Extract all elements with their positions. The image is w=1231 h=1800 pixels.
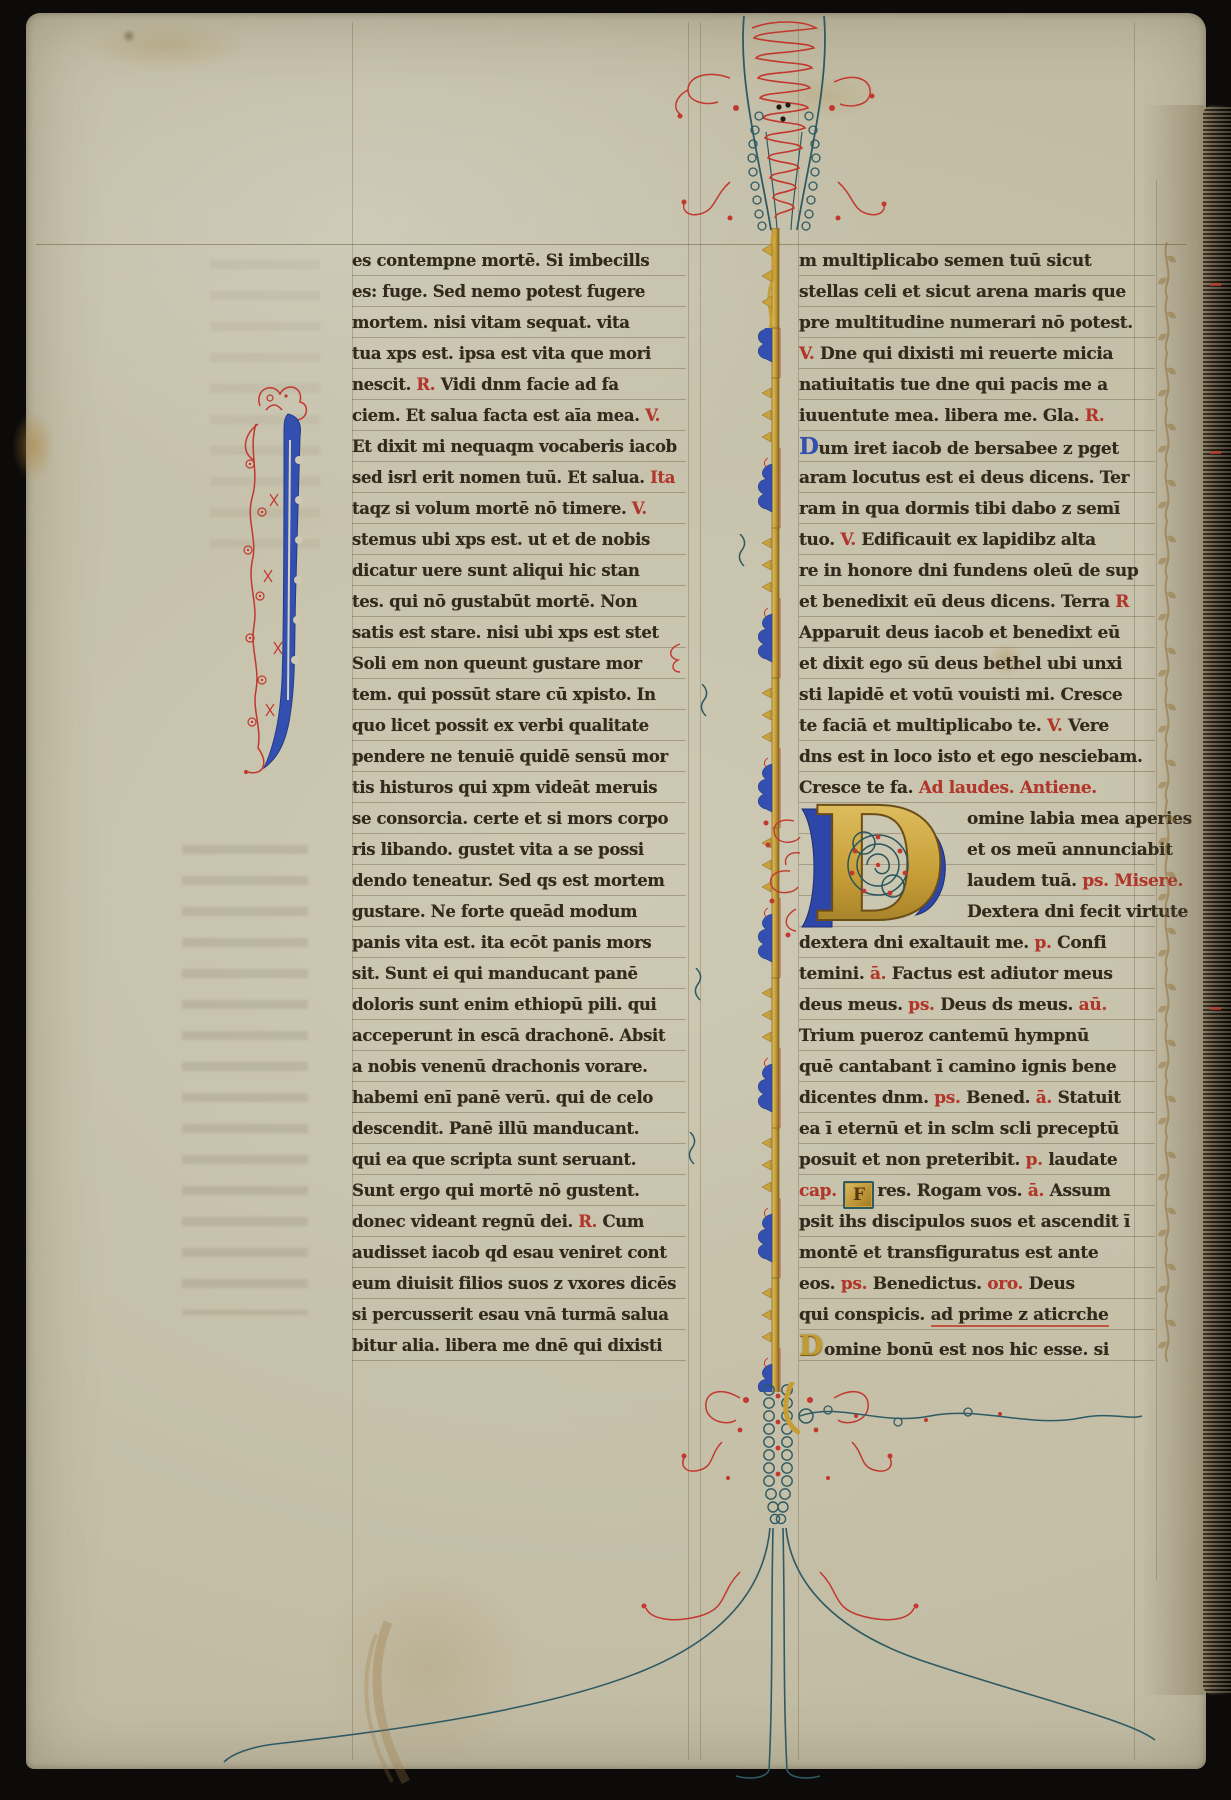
text-line: Cresce te fa. Ad laudes. Antiene.	[799, 773, 1155, 804]
text-line: tis histuros qui xpm videāt meruis	[352, 773, 686, 804]
stain	[764, 73, 884, 119]
text-line: panis vita est. ita ecōt panis mors	[352, 928, 686, 959]
body-text: eum diuisit filios suos z vxores dicēs	[352, 1274, 676, 1293]
body-text: et os meū annunciabit	[967, 840, 1173, 860]
text-line: tuo. V. Edificauit ex lapidibz alta	[799, 525, 1155, 556]
left-text-column: es contempne mortē. Si imbecillses: fuge…	[352, 246, 686, 1362]
body-text: si percusserit esau vnā turmā salua	[352, 1305, 669, 1324]
text-line: stellas celi et sicut arena maris que	[799, 277, 1155, 308]
text-line: mortem. nisi vitam sequat. vita	[352, 308, 686, 339]
body-text: es: fuge. Sed nemo potest fugere	[352, 282, 645, 301]
rubric-text: ā.	[1036, 1088, 1058, 1108]
rubric-text: cap.	[799, 1181, 842, 1201]
text-line: sit. Sunt ei qui manducant panē	[352, 959, 686, 990]
text-line: aram locutus est ei deus dicens. Ter	[799, 463, 1155, 494]
text-line: gustare. Ne forte queād modum	[352, 897, 686, 928]
body-text: iuuentute mea. libera me. Gla.	[799, 406, 1085, 426]
body-text: Benedictus.	[873, 1274, 987, 1294]
stain	[122, 29, 136, 43]
body-text: Et dixit mi nequaqm vocaberis iacob	[352, 437, 677, 456]
text-line: nescit. R. Vidi dnm facie ad fa	[352, 370, 686, 401]
text-line: ram in qua dormis tibi dabo z semī	[799, 494, 1155, 525]
text-line: eum diuisit filios suos z vxores dicēs	[352, 1269, 686, 1300]
stain	[86, 21, 246, 71]
text-line: dendo teneatur. Sed qs est mortem	[352, 866, 686, 897]
rubric-text: V.	[645, 406, 660, 425]
text-line: temini. ā. Factus est adiutor meus	[799, 959, 1155, 990]
body-text: deus meus.	[799, 995, 908, 1015]
text-line: posuit et non preteribit. p. laudate	[799, 1145, 1155, 1176]
rubric-text: p.	[1034, 933, 1057, 953]
initial-letter: D	[799, 1329, 823, 1362]
body-text: m multiplicabo semen tuū sicut	[799, 251, 1091, 271]
body-text: eos.	[799, 1274, 841, 1294]
text-line: descendit. Panē illū manducant.	[352, 1114, 686, 1145]
body-text: dicentes dnm.	[799, 1088, 934, 1108]
text-line: tua xps est. ipsa est vita que mori	[352, 339, 686, 370]
body-text: Factus est adiutor meus	[892, 964, 1113, 984]
body-text: ciem. Et salua facta est aīa mea.	[352, 406, 645, 425]
body-text: quē cantabant ī camino ignis bene	[799, 1057, 1116, 1077]
text-line: taqz si volum mortē nō timere. V.	[352, 494, 686, 525]
rubric-text: Ita	[650, 468, 675, 487]
text-line: Trium pueroz cantemū hympnū	[799, 1021, 1155, 1052]
body-text: dns est in loco isto et ego nesciebam.	[799, 747, 1143, 767]
body-text: habemi enī panē verū. qui de celo	[352, 1088, 653, 1107]
body-text: posuit et non preteribit.	[799, 1150, 1026, 1170]
text-line: a nobis venenū drachonis vorare.	[352, 1052, 686, 1083]
body-text: tis histuros qui xpm videāt meruis	[352, 778, 657, 797]
body-text: re in honore dni fundens oleū de sup	[799, 561, 1138, 581]
body-text: omine bonū est nos hic esse. si	[824, 1340, 1109, 1360]
body-text: Statuit	[1058, 1088, 1121, 1108]
body-text: donec videant regnū dei.	[352, 1212, 578, 1231]
text-line: qui conspicis. ad prime z aticrche	[799, 1300, 1155, 1331]
text-line: psit ihs discipulos suos et ascendit ī	[799, 1207, 1155, 1238]
body-text: Vere	[1068, 716, 1109, 736]
rubric-text: R	[1110, 592, 1129, 612]
body-text: montē et transfiguratus est ante	[799, 1243, 1098, 1263]
body-text: descendit. Panē illū manducant.	[352, 1119, 639, 1138]
text-line: Soli em non queunt gustare mor	[352, 649, 686, 680]
text-line: laudem tuā. ps. Misere.	[799, 866, 1155, 897]
text-line: Et dixit mi nequaqm vocaberis iacob	[352, 432, 686, 463]
text-line: acceperunt in escā drachonē. Absit	[352, 1021, 686, 1052]
body-text: sit. Sunt ei qui manducant panē	[352, 964, 638, 983]
text-line: eos. ps. Benedictus. oro. Deus	[799, 1269, 1155, 1300]
body-text: ad prime z aticrche	[931, 1305, 1109, 1327]
body-text: qui conspicis.	[799, 1305, 931, 1325]
text-line: tem. qui possūt stare cū xpisto. In	[352, 680, 686, 711]
text-line: omine labia mea aperies	[799, 804, 1155, 835]
body-text: Confi	[1057, 933, 1106, 953]
text-line: Dum iret iacob de bersabee z pget	[799, 432, 1155, 463]
text-line: pre multitudine numerari nō potest.	[799, 308, 1155, 339]
text-line: tes. qui nō gustabūt mortē. Non	[352, 587, 686, 618]
body-text: Dextera dni fecit virtute	[967, 902, 1188, 922]
rubric-text: Ad laudes. Antiene.	[919, 778, 1097, 798]
text-line: si percusserit esau vnā turmā salua	[352, 1300, 686, 1331]
body-text: Deus	[1029, 1274, 1075, 1294]
rubric-text: p.	[1026, 1150, 1049, 1170]
text-line: ciem. Et salua facta est aīa mea. V.	[352, 401, 686, 432]
body-text: Deus ds meus.	[940, 995, 1078, 1015]
text-line: sed isrl erit nomen tuū. Et salua. Ita	[352, 463, 686, 494]
rubric-text: ā.	[870, 964, 892, 984]
stain	[12, 411, 54, 481]
body-text: Trium pueroz cantemū hympnū	[799, 1026, 1089, 1046]
body-text: aram locutus est ei deus dicens. Ter	[799, 468, 1129, 488]
text-line: satis est stare. nisi ubi xps est stet	[352, 618, 686, 649]
body-text: F	[843, 1181, 874, 1209]
body-text: bitur alia. libera me dnē qui dixisti	[352, 1336, 662, 1355]
body-text: laudem tuā.	[967, 871, 1082, 891]
body-text: um iret iacob de bersabee z pget	[819, 439, 1119, 459]
text-line: m multiplicabo semen tuū sicut	[799, 246, 1155, 277]
body-text: a nobis venenū drachonis vorare.	[352, 1057, 648, 1076]
body-text: tuo.	[799, 530, 840, 550]
text-line: es: fuge. Sed nemo potest fugere	[352, 277, 686, 308]
body-text: res. Rogam vos.	[877, 1181, 1027, 1201]
body-text: psit ihs discipulos suos et ascendit ī	[799, 1212, 1130, 1232]
text-line: dns est in loco isto et ego nesciebam.	[799, 742, 1155, 773]
body-text: acceperunt in escā drachonē. Absit	[352, 1026, 665, 1045]
rubric-text: oro.	[987, 1274, 1028, 1294]
body-text: Bened.	[966, 1088, 1036, 1108]
right-text-column: m multiplicabo semen tuū sicutstellas ce…	[799, 246, 1155, 1362]
body-text: et benedixit eū deus dicens. Terra	[799, 592, 1110, 612]
body-text: natiuitatis tue dne qui pacis me a	[799, 375, 1108, 395]
text-line: habemi enī panē verū. qui de celo	[352, 1083, 686, 1114]
text-line: quo licet possit ex verbi qualitate	[352, 711, 686, 742]
body-text: Sunt ergo qui mortē nō gustent.	[352, 1181, 640, 1200]
body-text: temini.	[799, 964, 870, 984]
fore-edge-rubric-mark	[1210, 283, 1221, 286]
fore-edge	[1203, 105, 1231, 1695]
body-text: Edificauit ex lapidibz alta	[861, 530, 1095, 550]
text-line: et os meū annunciabit	[799, 835, 1155, 866]
text-line: bitur alia. libera me dnē qui dixisti	[352, 1331, 686, 1362]
rubric-text: R.	[578, 1212, 602, 1231]
body-text: taqz si volum mortē nō timere.	[352, 499, 632, 518]
body-text: te faciā et multiplicabo te.	[799, 716, 1047, 736]
body-text: tem. qui possūt stare cū xpisto. In	[352, 685, 656, 704]
body-text: stemus ubi xps est. ut et de nobis	[352, 530, 650, 549]
body-text: omine labia mea aperies	[967, 809, 1192, 829]
body-text: gustare. Ne forte queād modum	[352, 902, 637, 921]
text-line: audisset iacob qd esau veniret cont	[352, 1238, 686, 1269]
fore-edge-rubric-mark	[1210, 451, 1221, 454]
text-line: V. Dne qui dixisti mi reuerte micia	[799, 339, 1155, 370]
rubric-text: R.	[1085, 406, 1104, 426]
initial-letter: D	[799, 433, 819, 460]
body-text: pre multitudine numerari nō potest.	[799, 313, 1133, 333]
body-text: et dixit ego sū deus bethel ubi unxi	[799, 654, 1122, 674]
body-text: doloris sunt enim ethiopū pili. qui	[352, 995, 656, 1014]
rubric-text: V.	[799, 344, 820, 364]
body-text: quo licet possit ex verbi qualitate	[352, 716, 649, 735]
text-line: Domine bonū est nos hic esse. si	[799, 1331, 1155, 1362]
rubric-text: V.	[632, 499, 647, 518]
text-line: iuuentute mea. libera me. Gla. R.	[799, 401, 1155, 432]
body-text: qui ea que scripta sunt seruant.	[352, 1150, 636, 1169]
body-text: dicatur uere sunt aliqui hic stan	[352, 561, 640, 580]
body-text: es contempne mortē. Si imbecills	[352, 251, 649, 270]
text-line: Sunt ergo qui mortē nō gustent.	[352, 1176, 686, 1207]
text-line: sti lapidē et votū vouisti mi. Cresce	[799, 680, 1155, 711]
text-line: Dextera dni fecit virtute	[799, 897, 1155, 928]
body-text: pendere ne tenuiē quidē sensū mor	[352, 747, 668, 766]
body-text: dendo teneatur. Sed qs est mortem	[352, 871, 665, 890]
manuscript-photo: es contempne mortē. Si imbecillses: fuge…	[0, 0, 1231, 1800]
body-text: audisset iacob qd esau veniret cont	[352, 1243, 667, 1262]
fore-edge-rubric-mark	[1210, 1007, 1221, 1010]
body-text: Soli em non queunt gustare mor	[352, 654, 642, 673]
body-text: dextera dni exaltauit me.	[799, 933, 1034, 953]
body-text: satis est stare. nisi ubi xps est stet	[352, 623, 659, 642]
body-text: nescit.	[352, 375, 416, 394]
body-text: ea ī eternū et in sclm scli preceptū	[799, 1119, 1119, 1139]
body-text: Assum	[1050, 1181, 1111, 1201]
body-text: tua xps est. ipsa est vita que mori	[352, 344, 651, 363]
stain	[322, 1567, 532, 1767]
text-line: ris libando. gustet vita a se possi	[352, 835, 686, 866]
text-line: et dixit ego sū deus bethel ubi unxi	[799, 649, 1155, 680]
body-text: sti lapidē et votū vouisti mi. Cresce	[799, 685, 1122, 705]
text-line: et benedixit eū deus dicens. Terra R	[799, 587, 1155, 618]
body-text: Cum	[602, 1212, 644, 1231]
rubric-text: R.	[416, 375, 440, 394]
text-line: te faciā et multiplicabo te. V. Vere	[799, 711, 1155, 742]
text-line: stemus ubi xps est. ut et de nobis	[352, 525, 686, 556]
rubric-text: ps.	[841, 1274, 873, 1294]
text-line: doloris sunt enim ethiopū pili. qui	[352, 990, 686, 1021]
text-line: ea ī eternū et in sclm scli preceptū	[799, 1114, 1155, 1145]
text-line: montē et transfiguratus est ante	[799, 1238, 1155, 1269]
text-line: es contempne mortē. Si imbecills	[352, 246, 686, 277]
body-text: se consorcia. certe et si mors corpo	[352, 809, 668, 828]
text-line: cap. Fres. Rogam vos. ā. Assum	[799, 1176, 1155, 1207]
text-line: dicatur uere sunt aliqui hic stan	[352, 556, 686, 587]
rubric-text: ps.	[934, 1088, 966, 1108]
text-line: dicentes dnm. ps. Bened. ā. Statuit	[799, 1083, 1155, 1114]
text-line: re in honore dni fundens oleū de sup	[799, 556, 1155, 587]
rubric-text: ps. Misere.	[1082, 871, 1183, 891]
body-text: ris libando. gustet vita a se possi	[352, 840, 644, 859]
rubric-text: V.	[840, 530, 861, 550]
body-text: mortem. nisi vitam sequat. vita	[352, 313, 630, 332]
text-line: Apparuit deus iacob et benedixt eū	[799, 618, 1155, 649]
body-text: Cresce te fa.	[799, 778, 919, 798]
body-text: Apparuit deus iacob et benedixt eū	[799, 623, 1120, 643]
body-text: ram in qua dormis tibi dabo z semī	[799, 499, 1120, 519]
body-text: laudate	[1048, 1150, 1117, 1170]
rubric-text: ps.	[908, 995, 940, 1015]
text-line: qui ea que scripta sunt seruant.	[352, 1145, 686, 1176]
body-text: Dne qui dixisti mi reuerte micia	[820, 344, 1113, 364]
text-line: dextera dni exaltauit me. p. Confi	[799, 928, 1155, 959]
body-text: panis vita est. ita ecōt panis mors	[352, 933, 651, 952]
text-line: donec videant regnū dei. R. Cum	[352, 1207, 686, 1238]
text-line: se consorcia. certe et si mors corpo	[352, 804, 686, 835]
body-text: tes. qui nō gustabūt mortē. Non	[352, 592, 637, 611]
text-line: quē cantabant ī camino ignis bene	[799, 1052, 1155, 1083]
text-line: natiuitatis tue dne qui pacis me a	[799, 370, 1155, 401]
rubric-text: aū.	[1079, 995, 1107, 1015]
body-text: stellas celi et sicut arena maris que	[799, 282, 1126, 302]
text-line: deus meus. ps. Deus ds meus. aū.	[799, 990, 1155, 1021]
body-text: Vidi dnm facie ad fa	[441, 375, 619, 394]
rubric-text: ā.	[1028, 1181, 1050, 1201]
text-line: pendere ne tenuiē quidē sensū mor	[352, 742, 686, 773]
body-text: sed isrl erit nomen tuū. Et salua.	[352, 468, 650, 487]
rubric-text: V.	[1047, 716, 1068, 736]
